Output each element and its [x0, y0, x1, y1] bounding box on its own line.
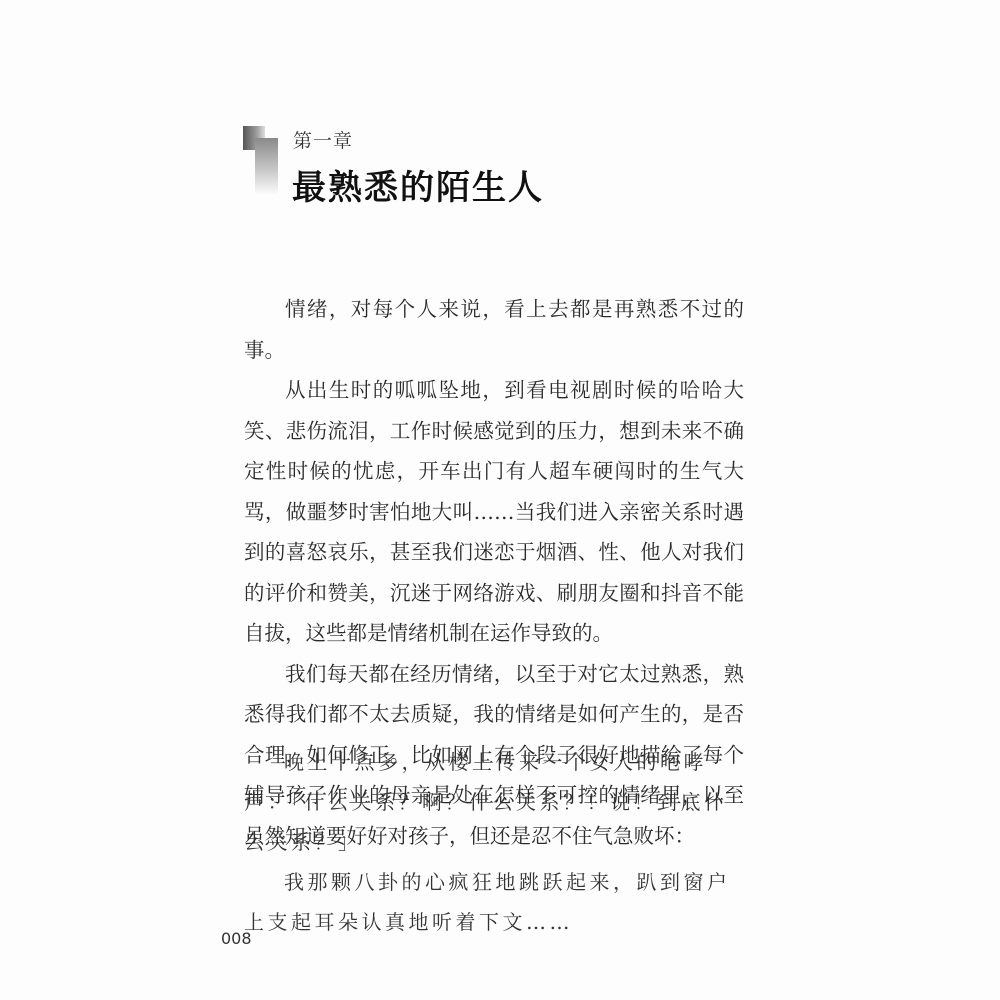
paragraph: 从出生时的呱呱坠地，到看电视剧时候的哈哈大笑、悲伤流泪，工作时候感觉到的压力，想…	[244, 370, 744, 654]
paragraph: 情绪，对每个人来说，看上去都是再熟悉不过的事。	[244, 289, 744, 370]
quote-paragraph: 我那颗八卦的心疯狂地跳跃起来，趴到窗户上支起耳朵认真地听着下文……	[244, 862, 744, 942]
page-number: 008	[221, 929, 252, 948]
quoted-passage: 晚上十点多，从楼上传来一个女人的咆哮声：「什么关系？啊？什么关系？！说！到底什么…	[244, 742, 744, 942]
chapter-label: 第一章	[293, 126, 353, 153]
chapter-title: 最熟悉的陌生人	[292, 160, 544, 209]
quote-paragraph: 晚上十点多，从楼上传来一个女人的咆哮声：「什么关系？啊？什么关系？！说！到底什么…	[244, 742, 744, 862]
book-page: 第一章 最熟悉的陌生人 情绪，对每个人来说，看上去都是再熟悉不过的事。 从出生时…	[0, 0, 1000, 1000]
chapter-ornament-icon	[243, 126, 283, 198]
ornament-bar	[255, 138, 278, 196]
